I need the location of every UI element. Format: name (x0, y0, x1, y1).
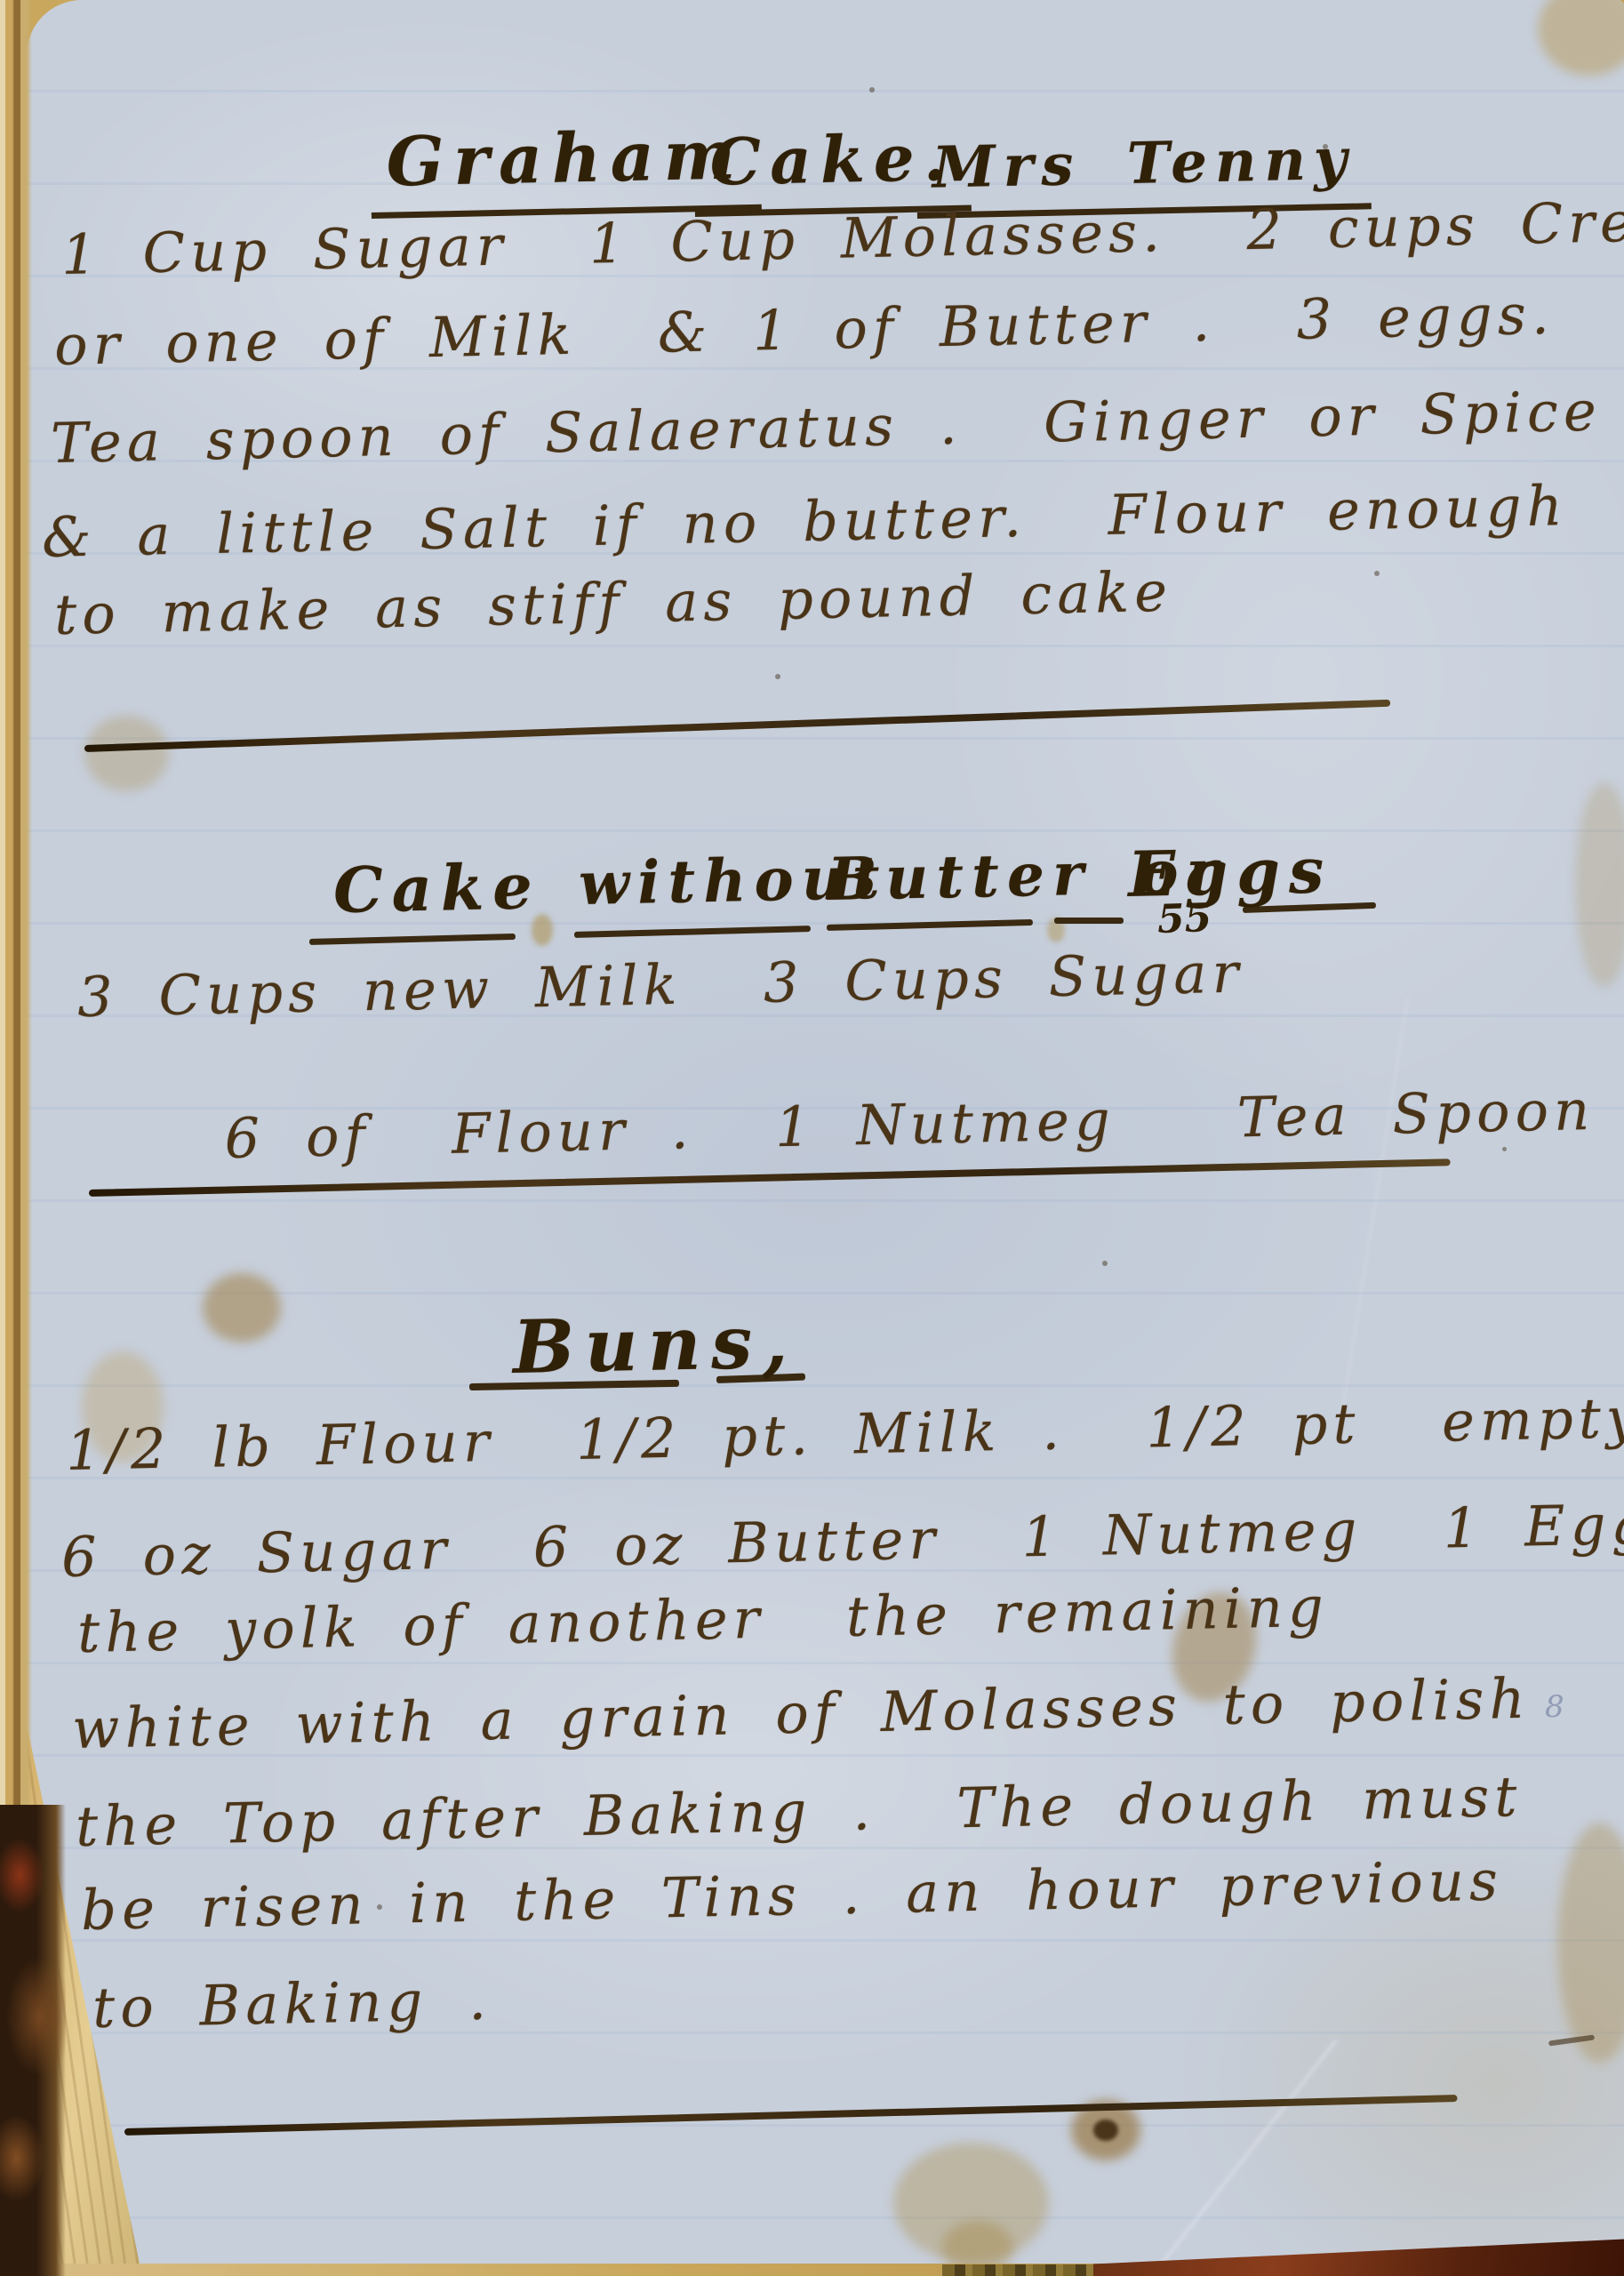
ink-speck (1102, 1261, 1108, 1266)
recipe-3-title: Buns, (512, 1299, 799, 1390)
ink-speck (1374, 571, 1380, 576)
ink-speck (869, 87, 875, 92)
recipe-2-line-2: 6 of Flour . 1 Nutmeg Tea Spoon Salaerat… (60, 1005, 1624, 1239)
stain (203, 1273, 281, 1342)
recipe-2-line-2-text: 6 of Flour . 1 Nutmeg Tea Spoon (224, 1077, 1624, 1171)
stain (1093, 2120, 1118, 2141)
stain (84, 716, 169, 791)
pencil-mark: 8 (1545, 1689, 1564, 1725)
book-binding-marbled-cover (0, 1805, 66, 2276)
recipe-2-title-eggs-subscript: 55 (1156, 895, 1212, 942)
ink-speck (775, 674, 780, 679)
recipe-2-title-word-cake: Cake (332, 849, 541, 927)
recipe-2-title-dash-1 (1054, 918, 1124, 924)
recipe-3-line-7: to Baking . (92, 1967, 492, 2040)
recipe-book-photo: 8 Graham Cake. Mrs Tenny 1 Cup Sugar 1 C… (0, 0, 1624, 2276)
